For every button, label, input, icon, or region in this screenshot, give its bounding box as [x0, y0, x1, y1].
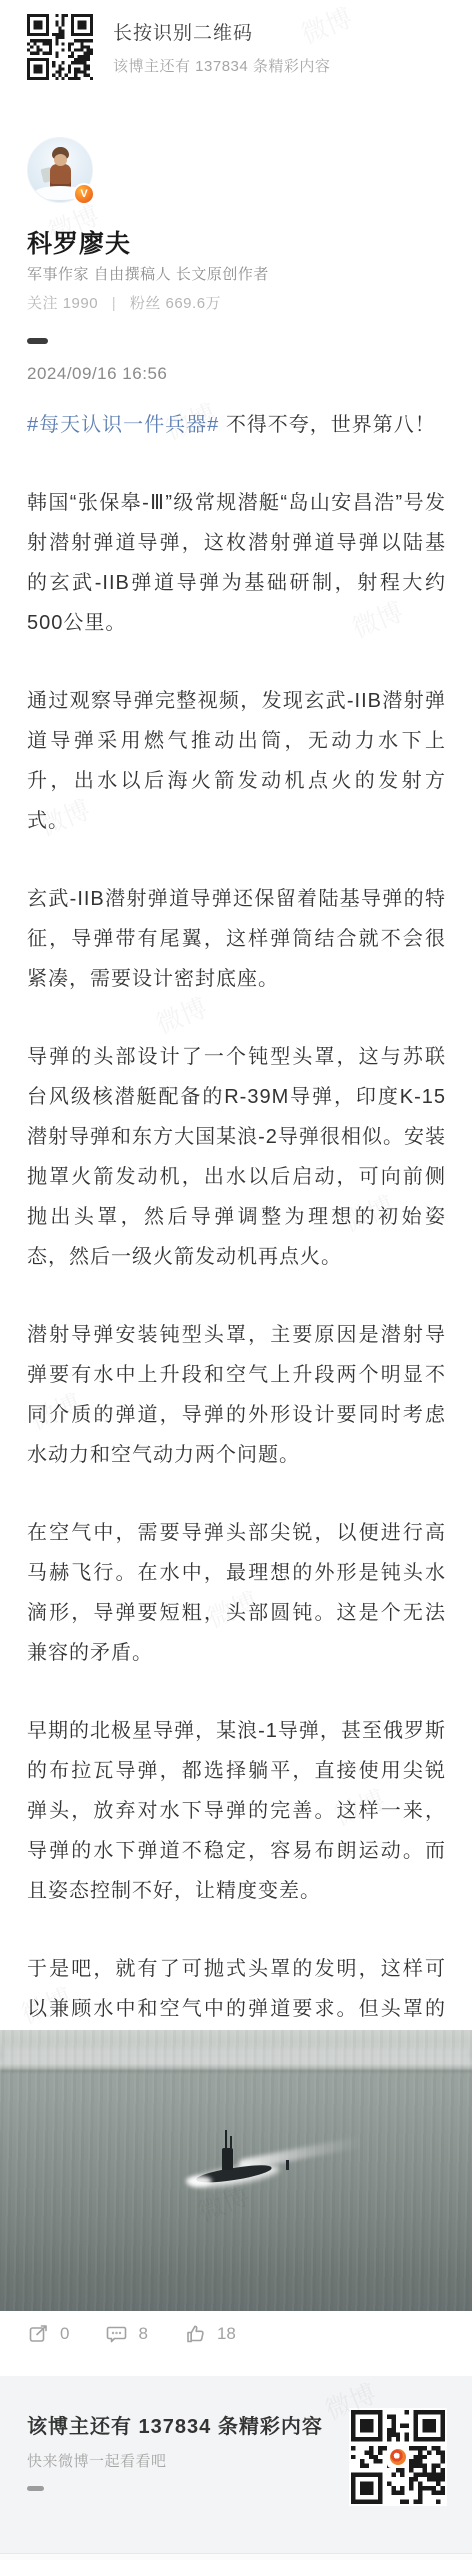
like-icon	[184, 2322, 207, 2345]
comment-count: 8	[138, 2324, 147, 2344]
submarine-periscope	[286, 2160, 289, 2170]
qr-code-top	[27, 14, 93, 80]
promo-subtitle: 该博主还有 137834 条精彩内容	[113, 55, 330, 76]
post-paragraph: 潜射导弹安装钝型头罩，主要原因是潜射导弹要有水中上升段和空气上升段两个明显不同介…	[27, 1315, 446, 1475]
weibo-eye-icon	[390, 2449, 406, 2465]
qr-code-image	[27, 14, 93, 80]
user-stats: 关注 1990 | 粉丝 669.6万	[27, 292, 221, 313]
post-paragraph: 在空气中，需要导弹头部尖锐，以便进行高马赫飞行。在水中，最理想的外形是钝头水滴形…	[27, 1513, 446, 1673]
post-lead: 不得不夸，世界第八！	[226, 414, 436, 436]
follow-count: 1990	[63, 295, 98, 312]
post-paragraph: 玄武-IIB潜射弹道导弹还保留着陆基导弹的特征，导弹带有尾翼，这样弹筒结合就不会…	[27, 879, 446, 999]
stats-separator: |	[112, 295, 116, 312]
promo-title: 长按识别二维码	[113, 18, 330, 45]
like-count: 18	[217, 2324, 236, 2344]
user-name[interactable]: 科罗廖夫	[27, 224, 131, 260]
repost-count: 0	[60, 2324, 69, 2344]
weibo-post-card: 长按识别二维码 该博主还有 137834 条精彩内容 V 科罗廖夫 军事作家 自…	[0, 0, 472, 2560]
footer-subtitle: 快来微博一起看看吧	[27, 2450, 167, 2471]
promo-header: 长按识别二维码 该博主还有 137834 条精彩内容	[27, 14, 330, 80]
follow-label: 关注	[27, 295, 58, 312]
post-paragraph: 通过观察导弹完整视频，发现玄武-IIB潜射弹道导弹采用燃气推动出筒，无动力水下上…	[27, 681, 446, 841]
post-paragraph: 导弹的头部设计了一个钝型头罩，这与苏联台风级核潜艇配备的R-39M导弹，印度K-…	[27, 1037, 446, 1277]
interaction-bar: 0 8 18	[27, 2322, 236, 2345]
post-lead-line: #每天认识一件兵器# 不得不夸，世界第八！	[27, 405, 446, 445]
submarine-mast	[225, 2130, 227, 2150]
bottom-strip	[0, 2553, 472, 2560]
fans-count: 669.6万	[166, 295, 222, 312]
repost-icon	[27, 2322, 50, 2345]
avatar-art	[54, 154, 67, 166]
post-content: #每天认识一件兵器# 不得不夸，世界第八！ 韩国“张保皋-Ⅲ”级常规潜艇“岛山安…	[27, 405, 446, 2187]
verified-badge-icon: V	[73, 183, 95, 205]
divider-dash	[27, 2486, 44, 2491]
weibo-logo-icon	[387, 2446, 409, 2468]
footer-promo: 该博主还有 137834 条精彩内容 快来微博一起看看吧	[0, 2376, 472, 2553]
repost-button[interactable]: 0	[27, 2322, 69, 2345]
submarine-mast	[230, 2136, 232, 2150]
submarine-sail	[222, 2148, 233, 2170]
like-button[interactable]: 18	[184, 2322, 236, 2345]
submarine-bow-wave	[186, 2176, 212, 2186]
divider-dash	[27, 338, 48, 344]
post-paragraph: 韩国“张保皋-Ⅲ”级常规潜艇“岛山安昌浩”号发射潜射弹道导弹，这枚潜射弹道导弹以…	[27, 483, 446, 643]
user-description: 军事作家 自由撰稿人 长文原创作者	[27, 263, 269, 284]
post-paragraphs: 韩国“张保皋-Ⅲ”级常规潜艇“岛山安昌浩”号发射潜射弹道导弹，这枚潜射弹道导弹以…	[27, 483, 446, 2149]
post-date: 2024/09/16 16:56	[27, 364, 167, 384]
hashtag-link[interactable]: #每天认识一件兵器#	[27, 414, 219, 436]
promo-header-text: 长按识别二维码 该博主还有 137834 条精彩内容	[113, 14, 330, 76]
post-paragraph: 早期的北极星导弹，某浪-1导弹，甚至俄罗斯的布拉瓦导弹，都选择躺平，直接使用尖锐…	[27, 1711, 446, 1911]
comment-button[interactable]: 8	[105, 2322, 147, 2345]
post-image-submarine[interactable]	[0, 2030, 472, 2311]
fans-label: 粉丝	[130, 295, 161, 312]
footer-title: 该博主还有 137834 条精彩内容	[27, 2410, 323, 2439]
qr-code-footer	[349, 2408, 447, 2506]
comment-icon	[105, 2322, 128, 2345]
